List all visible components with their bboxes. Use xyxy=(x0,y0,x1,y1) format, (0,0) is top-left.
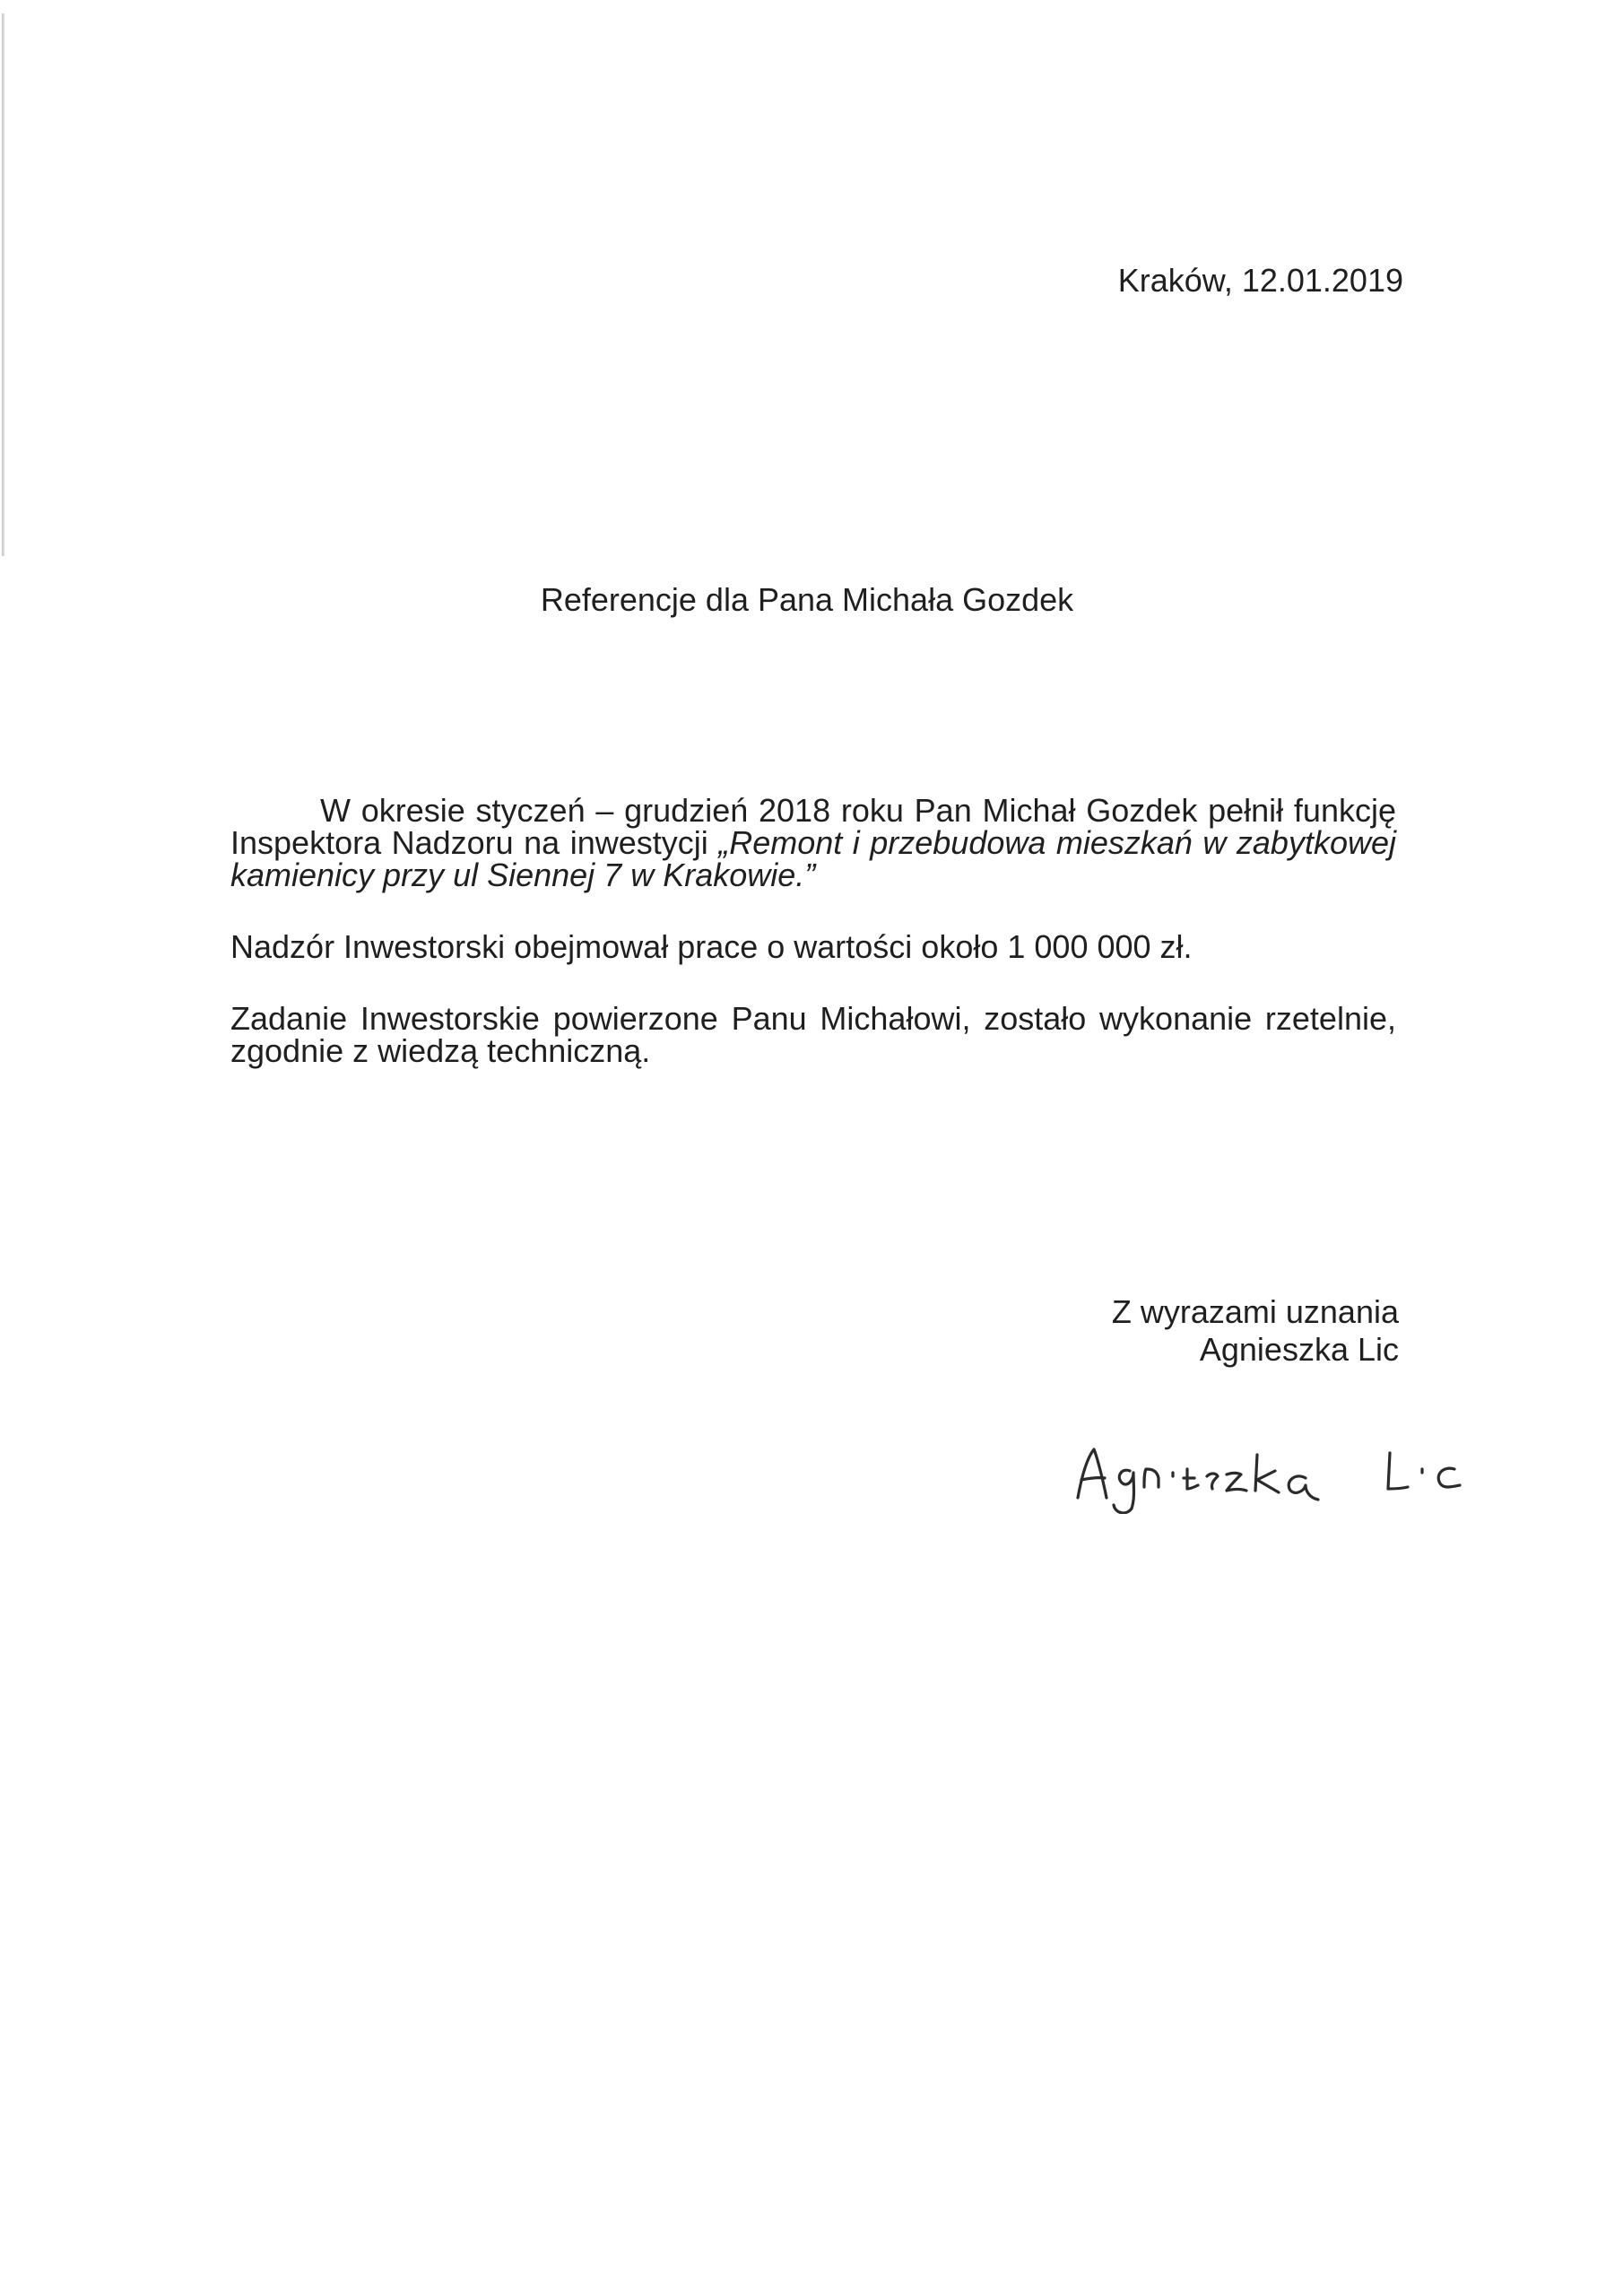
letter-body: W okresie styczeń – grudzień 2018 roku P… xyxy=(230,795,1396,1067)
reference-letter-page: Kraków, 12.01.2019 Referencje dla Pana M… xyxy=(0,0,1623,2296)
closing-block: Z wyrazami uznania Agnieszka Lic xyxy=(1112,1293,1399,1369)
paragraph-assessment: Zadanie Inwestorskie powierzone Panu Mic… xyxy=(230,1003,1396,1067)
handwritten-signature-icon xyxy=(1067,1433,1488,1514)
closing-name: Agnieszka Lic xyxy=(1112,1331,1399,1369)
letter-title: Referencje dla Pana Michała Gozdek xyxy=(0,581,1623,619)
closing-salutation: Z wyrazami uznania xyxy=(1112,1293,1399,1331)
paragraph-role-description: W okresie styczeń – grudzień 2018 roku P… xyxy=(230,795,1396,891)
place-and-date: Kraków, 12.01.2019 xyxy=(1118,262,1403,300)
letter-title-text: Referencje dla Pana Michała Gozdek xyxy=(541,581,1073,618)
paragraph-scope-value: Nadzór Inwestorski obejmował prace o war… xyxy=(230,931,1396,963)
